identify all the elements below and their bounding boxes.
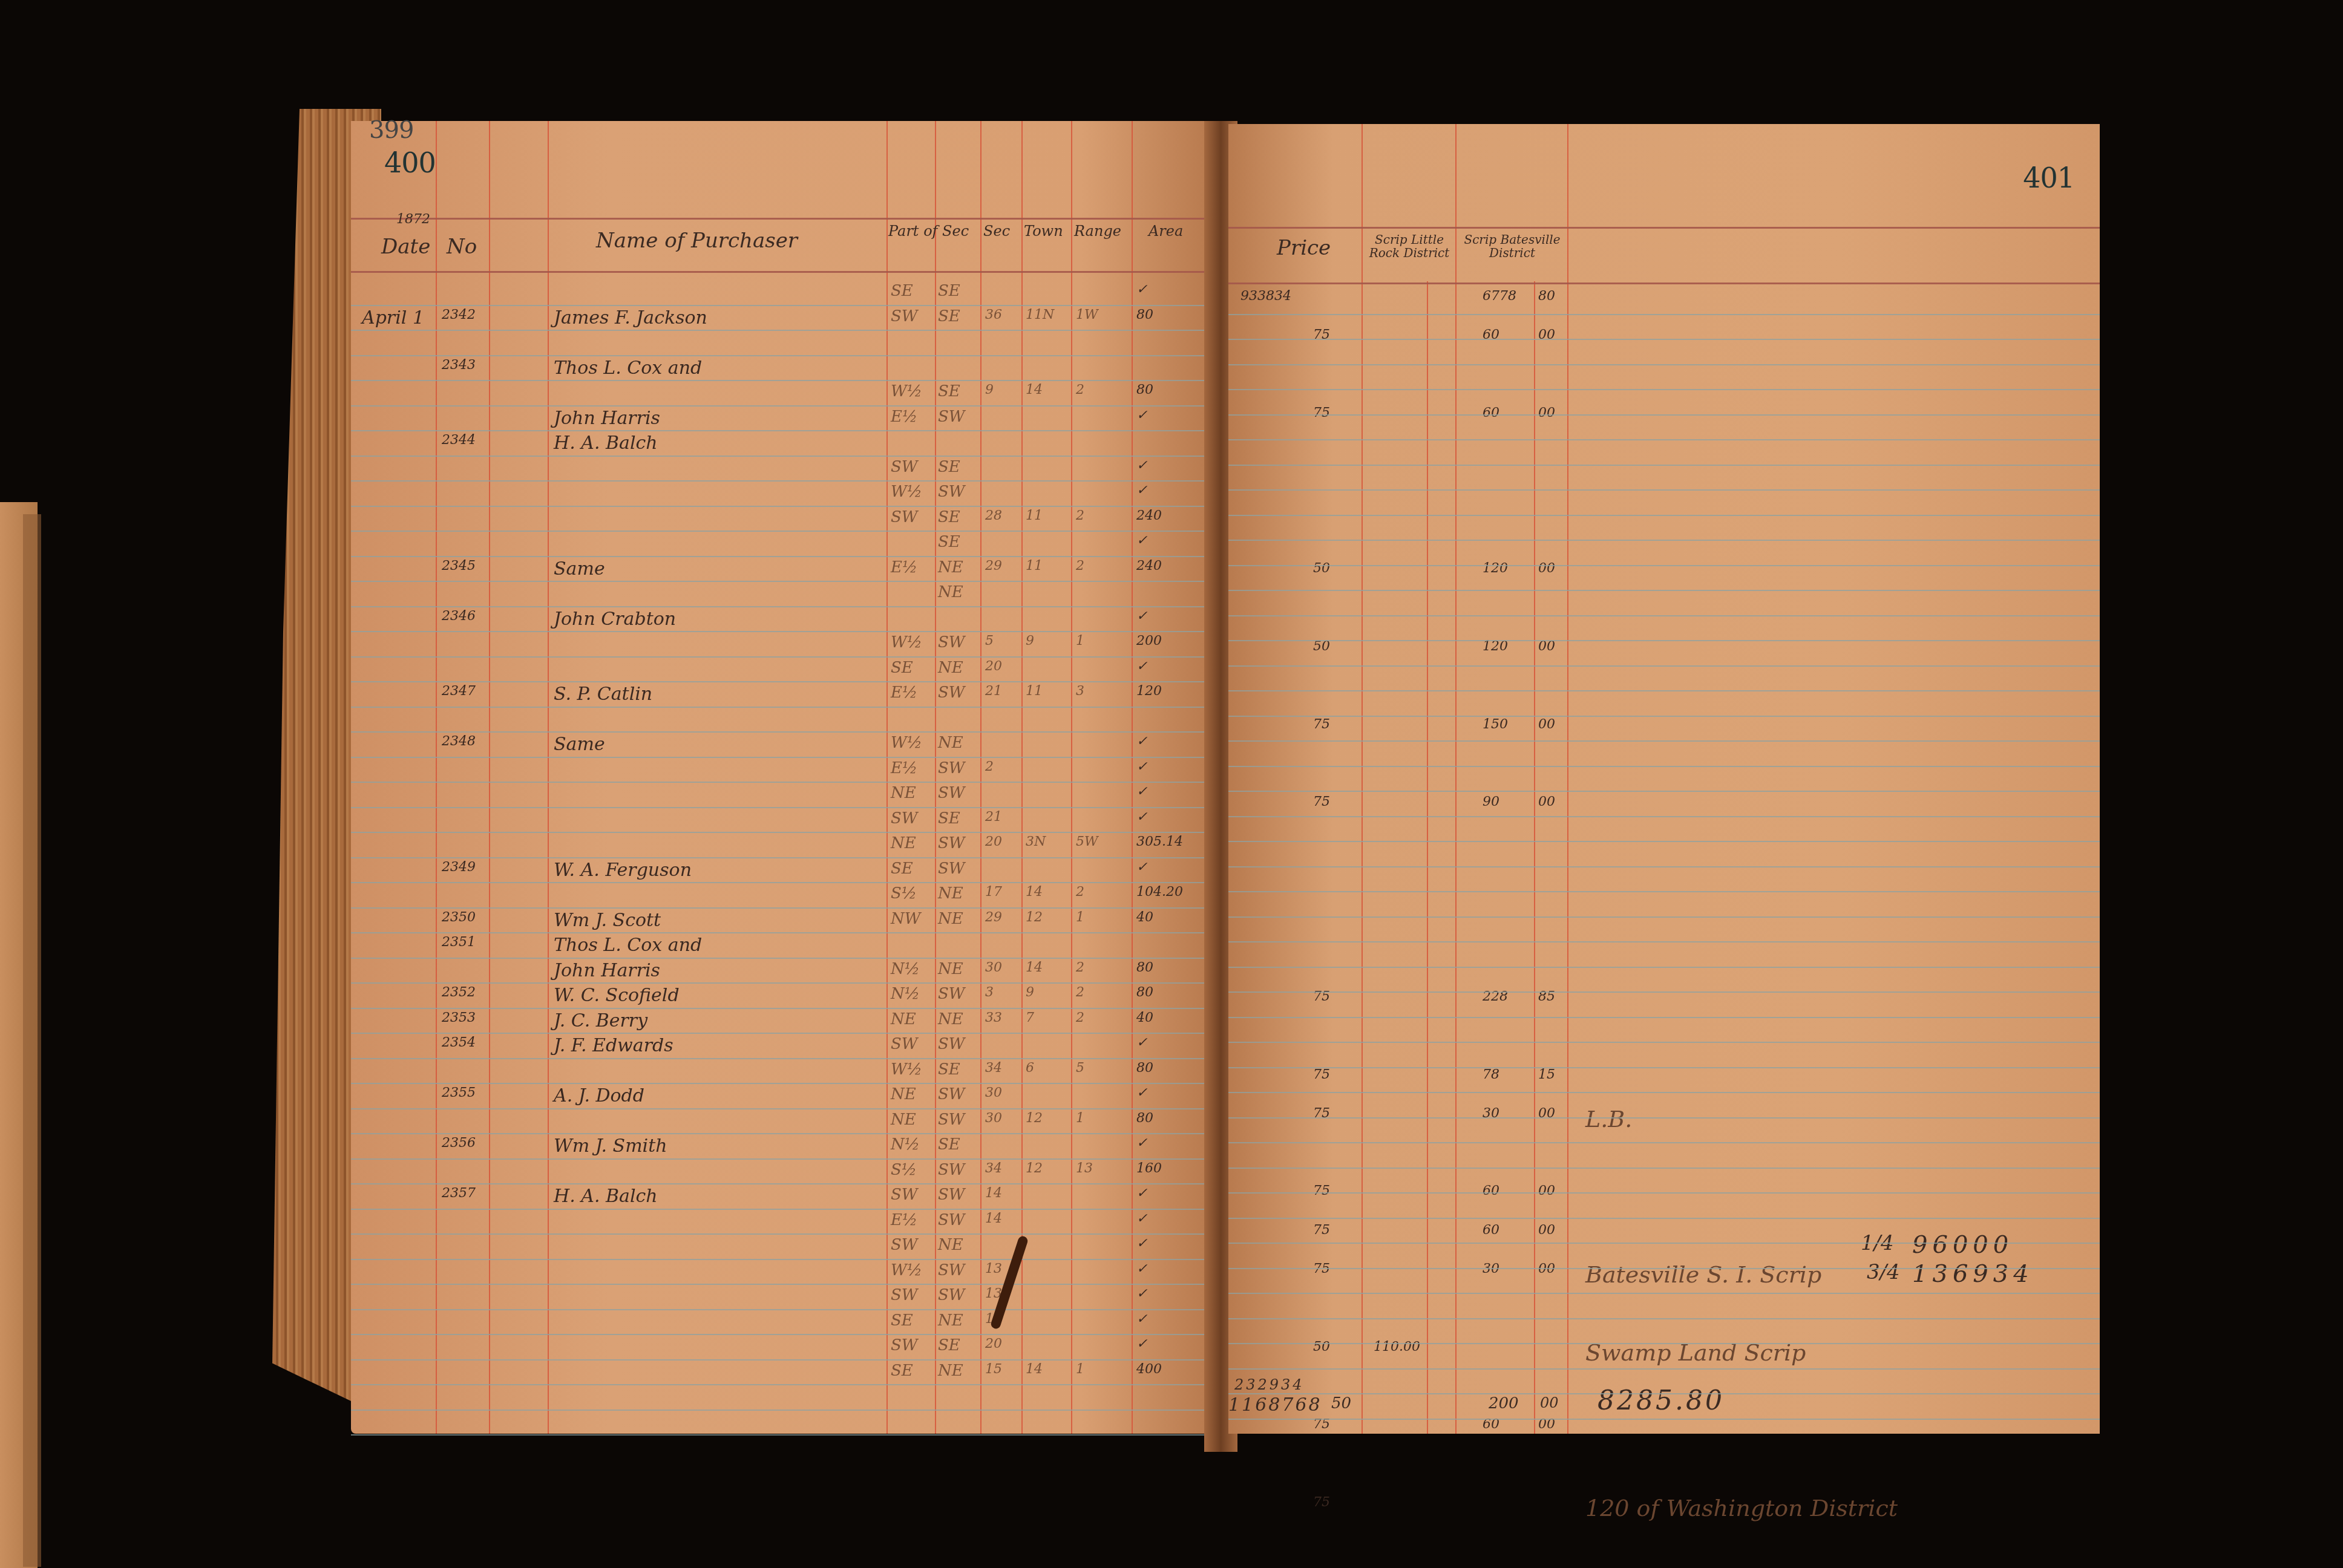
entry-no: 2342 [442, 307, 476, 322]
entry-town: 12 [1026, 1161, 1043, 1176]
entry-price: 75 [1313, 1106, 1330, 1121]
entry-name: Thos L. Cox and [554, 935, 702, 956]
side-total-label-2: 3/4 [1867, 1260, 1900, 1284]
entry-area: ✓ [1136, 1135, 1147, 1151]
header-part-of-sec: Part of Sec [888, 223, 969, 240]
blue-ruled-line [351, 782, 1210, 783]
entry-part: NE [891, 1111, 916, 1129]
blue-ruled-line [351, 1384, 1210, 1385]
entry-range: 2 [1076, 1010, 1084, 1025]
ledger-entry-row: SESE✓ [351, 282, 1210, 304]
blue-ruled-line [351, 330, 1210, 331]
entry-bat: 150 [1483, 717, 1508, 732]
blue-ruled-line [351, 581, 1210, 582]
ledger-entry-row: 2350Wm J. ScottNWNE2912140 [351, 910, 1210, 932]
entry-name: Wm J. Scott [554, 910, 661, 931]
entry-name: S. P. Catlin [554, 684, 652, 705]
entry-part: E½ [891, 1211, 917, 1229]
ledger-entry-row: SENE20✓ [351, 659, 1210, 681]
ledger-entry-row: 756000 [1228, 405, 2100, 427]
blue-ruled-line [351, 707, 1210, 708]
entry-lr: 110.00 [1374, 1339, 1420, 1354]
entry-area: ✓ [1136, 458, 1147, 473]
entry-sec: 30 [985, 1111, 1002, 1126]
entry-town: 7 [1026, 1010, 1034, 1025]
blue-ruled-line [1228, 740, 2100, 742]
blue-ruled-line [1228, 1419, 2100, 1420]
entry-part2: NE [938, 734, 963, 752]
entry-name: John Crabton [554, 609, 676, 630]
entry-bat: 6778 [1483, 289, 1516, 304]
entry-part: E½ [891, 759, 917, 777]
entry-price: 75 [1313, 1495, 1330, 1510]
entry-bat-cents: 80 [1538, 289, 1555, 304]
entry-town: 11N [1026, 307, 1054, 322]
entry-sec: 20 [985, 1336, 1002, 1351]
previous-page-number: 399 [369, 116, 413, 144]
ledger-entry-row: W½SW✓ [351, 483, 1210, 505]
blue-ruled-line [351, 1083, 1210, 1084]
blue-ruled-line [1228, 339, 2100, 340]
year-label: 1872 [396, 212, 430, 227]
blue-ruled-line [1228, 1067, 2100, 1068]
entry-part2: NE [938, 583, 963, 601]
entry-town: 6 [1026, 1060, 1034, 1076]
entry-name: Thos L. Cox and [554, 358, 702, 379]
entry-area: ✓ [1136, 1186, 1147, 1201]
entry-bat: 60 [1483, 405, 1499, 420]
entry-name: Wm J. Smith [554, 1135, 667, 1157]
entry-part: E½ [891, 408, 917, 426]
blue-ruled-line [1228, 590, 2100, 591]
entry-name: James F. Jackson [554, 307, 707, 328]
blue-ruled-line [1228, 1192, 2100, 1194]
ledger-entry-row: NESW203N5W305.14 [351, 834, 1210, 856]
entry-bat: 78 [1483, 1067, 1499, 1082]
entry-part2: SW [938, 985, 965, 1003]
batesville-total: 200 [1489, 1394, 1519, 1413]
entry-bat: 60 [1483, 1223, 1499, 1238]
blue-ruled-line [351, 531, 1210, 532]
entry-no: 2346 [442, 609, 476, 624]
entry-part2: SW [938, 1286, 965, 1304]
blue-ruled-line [1228, 991, 2100, 993]
entry-part: W½ [891, 1261, 922, 1279]
header-no: No [447, 235, 477, 259]
blue-ruled-line [1228, 866, 2100, 867]
blue-ruled-line [351, 1233, 1210, 1235]
entry-town: 12 [1026, 1111, 1043, 1126]
entry-price: 50 [1313, 1339, 1330, 1354]
entry-sec: 2 [985, 759, 994, 774]
entry-sec: 29 [985, 558, 1002, 573]
entry-price: 75 [1313, 327, 1330, 342]
entry-no: 2344 [442, 433, 476, 448]
blue-ruled-line [351, 932, 1210, 933]
header-price: Price [1277, 236, 1331, 260]
entry-area: 200 [1136, 633, 1162, 648]
entry-town: 14 [1026, 382, 1043, 397]
entry-part: E½ [891, 684, 917, 702]
blue-ruled-line [351, 1033, 1210, 1034]
entry-part: W½ [891, 734, 922, 752]
blue-ruled-line [1228, 1092, 2100, 1093]
blue-ruled-line [351, 1434, 1210, 1436]
entry-part2: SE [938, 282, 960, 300]
blue-ruled-line [1228, 967, 2100, 968]
entry-part: SW [891, 1236, 918, 1254]
entry-name: John Harris [554, 960, 660, 981]
blue-ruled-line [351, 1133, 1210, 1134]
entry-area: ✓ [1136, 609, 1147, 624]
entry-part: SE [891, 282, 913, 300]
ledger-entry-row: SE✓ [351, 533, 1210, 555]
blue-ruled-line [351, 1108, 1210, 1109]
entry-part: N½ [891, 985, 920, 1003]
entry-no: 2351 [442, 935, 476, 950]
header-area: Area [1149, 223, 1183, 240]
ledger-entry-row: W½SE346580 [351, 1060, 1210, 1082]
blue-ruled-line [351, 982, 1210, 984]
ledger-entry-row: 756000 [1228, 1183, 2100, 1205]
ledger-entry-row: 2357H. A. BalchSWSW14✓ [351, 1186, 1210, 1207]
entry-area: 40 [1136, 910, 1153, 925]
entry-sec: 36 [985, 307, 1002, 322]
entry-name: John Harris [554, 408, 660, 429]
entry-note: 120 of Washington District [1585, 1495, 1898, 1521]
blue-ruled-line [1228, 1268, 2100, 1269]
entry-town: 3N [1026, 834, 1046, 849]
blue-ruled-line [1228, 916, 2100, 918]
entry-part2: SW [938, 1161, 965, 1179]
entry-area: ✓ [1136, 809, 1147, 825]
entry-bat-cents: 00 [1538, 1261, 1555, 1276]
entry-sec: 21 [985, 809, 1002, 825]
entry-no: 2348 [442, 734, 476, 749]
ledger-entry-row: 2351Thos L. Cox and [351, 935, 1210, 956]
ledger-entry-row: SWSE28112240 [351, 508, 1210, 530]
entry-part2: SW [938, 1186, 965, 1204]
entry-bat: 60 [1483, 1183, 1499, 1198]
blue-ruled-line [1228, 1293, 2100, 1294]
entry-name: H. A. Balch [554, 433, 658, 454]
blue-ruled-line [351, 1158, 1210, 1160]
entry-name: W. A. Ferguson [554, 860, 692, 881]
ledger-entry-row: April 12342James F. JacksonSWSE3611N1W80 [351, 307, 1210, 329]
ledger-entry-row: NESW✓ [351, 784, 1210, 806]
entry-part: S½ [891, 1161, 917, 1179]
entry-name: Same [554, 734, 605, 755]
entry-part2: SW [938, 1211, 965, 1229]
entry-town: 12 [1026, 910, 1043, 925]
entry-area: 80 [1136, 382, 1153, 397]
ledger-entry-row: 2346John Crabton✓ [351, 609, 1210, 630]
ledger-entry-row: 2348SameW½NE✓ [351, 734, 1210, 756]
blue-ruled-line [351, 1359, 1210, 1361]
blue-ruled-line [351, 1284, 1210, 1285]
entry-area: 80 [1136, 985, 1153, 1000]
ledger-entry-row: E½SW2✓ [351, 759, 1210, 781]
entry-part: SW [891, 307, 918, 325]
entry-range: 1W [1076, 307, 1098, 322]
entry-price: 50 [1313, 561, 1330, 576]
entry-range: 5 [1076, 1060, 1084, 1076]
entry-price: 75 [1313, 1261, 1330, 1276]
entry-range: 2 [1076, 558, 1084, 573]
blue-ruled-line [351, 430, 1210, 431]
ledger-entry-row: W½SW591200 [351, 633, 1210, 655]
ledger-entry-row: 2354J. F. EdwardsSWSW✓ [351, 1035, 1210, 1057]
entry-sec: 33 [985, 1010, 1002, 1025]
blue-ruled-line [1228, 465, 2100, 466]
ledger-entry-row: SWNE✓ [351, 1236, 1210, 1258]
entry-part2: SW [938, 860, 965, 878]
blue-ruled-line [351, 480, 1210, 482]
entry-part2: NE [938, 1312, 963, 1330]
header-bottom-rule [1228, 283, 2100, 284]
entry-area: ✓ [1136, 659, 1147, 674]
entry-range: 3 [1076, 684, 1084, 699]
blue-ruled-line [1228, 766, 2100, 767]
blue-ruled-line [1228, 716, 2100, 717]
blue-ruled-line [351, 731, 1210, 733]
entry-sec: 9 [985, 382, 994, 397]
entry-area: 80 [1136, 960, 1153, 975]
entry-no: 2352 [442, 985, 476, 1000]
ledger-entry-row: 2343Thos L. Cox and [351, 358, 1210, 379]
entry-name: H. A. Balch [554, 1186, 658, 1207]
entry-bat-cents: 15 [1538, 1067, 1555, 1082]
entry-area: ✓ [1136, 1336, 1147, 1351]
entry-part2: SE [938, 307, 960, 325]
blue-ruled-line [1228, 816, 2100, 817]
blue-ruled-line [351, 380, 1210, 381]
blue-ruled-line [1228, 1168, 2100, 1169]
entry-area: ✓ [1136, 282, 1147, 297]
entry-name: W. C. Scofield [554, 985, 680, 1006]
entry-part: NE [891, 834, 916, 852]
entry-part2: SE [938, 458, 960, 476]
header-scrip-little-rock: Scrip Little Rock District [1365, 233, 1454, 260]
entry-part2: SW [938, 684, 965, 702]
batesville-total-cents: 00 [1540, 1394, 1559, 1411]
ledger-entry-row [1228, 911, 2100, 933]
ledger-entry-row: NE [351, 583, 1210, 605]
entry-area: 240 [1136, 558, 1162, 573]
entry-no: 2355 [442, 1085, 476, 1100]
entry-part2: SW [938, 1035, 965, 1053]
entry-part: N½ [891, 1135, 920, 1154]
ledger-entry-row: John HarrisN½NE3014280 [351, 960, 1210, 982]
entry-town: 11 [1026, 558, 1043, 573]
ledger-entry-row [1228, 1145, 2100, 1166]
entry-area: ✓ [1136, 1085, 1147, 1100]
blue-ruled-line [351, 355, 1210, 356]
entry-price: 75 [1313, 1223, 1330, 1238]
ledger-entry-row: 933834677880 [1228, 289, 2100, 310]
ledger-entry-row [1228, 444, 2100, 466]
blue-ruled-line [1228, 1343, 2100, 1344]
entry-town: 9 [1026, 633, 1034, 648]
blue-ruled-line [1228, 841, 2100, 842]
entry-part: S½ [891, 884, 917, 903]
entry-sec: 3 [985, 985, 994, 1000]
entry-bat-cents: 00 [1538, 561, 1555, 576]
blue-ruled-line [351, 305, 1210, 306]
entry-part2: SE [938, 508, 960, 526]
ledger-entry-row: SWSW13✓ [351, 1286, 1210, 1308]
ledger-entry-row [1228, 678, 2100, 699]
blue-ruled-line [1228, 1142, 2100, 1143]
entry-part2: NE [938, 884, 963, 903]
entry-part: W½ [891, 483, 922, 501]
entry-area: 160 [1136, 1161, 1162, 1176]
entry-bat-cents: 00 [1538, 327, 1555, 342]
blue-ruled-line [351, 1259, 1210, 1260]
entry-area: ✓ [1136, 1312, 1147, 1327]
entry-area: 80 [1136, 307, 1153, 322]
entry-part: W½ [891, 382, 922, 400]
entry-price: 75 [1313, 1183, 1330, 1198]
blue-ruled-line [351, 1209, 1210, 1210]
entry-part: NW [891, 910, 920, 928]
entry-sec: 21 [985, 684, 1002, 699]
entry-town: 9 [1026, 985, 1034, 1000]
entry-part: N½ [891, 960, 920, 978]
ledger-entry-row [1228, 600, 2100, 622]
blue-ruled-line [1228, 389, 2100, 390]
entry-part2: SW [938, 483, 965, 501]
blue-ruled-line [351, 882, 1210, 883]
entry-part: NE [891, 1085, 916, 1103]
entry-price: 933834 [1240, 289, 1291, 304]
price-total-cents: 50 [1331, 1394, 1351, 1413]
ledger-entry-row: W½SW13✓ [351, 1261, 1210, 1283]
entry-part2: NE [938, 659, 963, 677]
blue-ruled-line [351, 1183, 1210, 1184]
blue-ruled-line [351, 681, 1210, 682]
entry-part: SE [891, 1312, 913, 1330]
entry-price: 75 [1313, 794, 1330, 809]
entry-part2: NE [938, 1362, 963, 1380]
entry-sec: 20 [985, 659, 1002, 674]
entry-part: NE [891, 1010, 916, 1028]
entry-date: April 1 [362, 307, 424, 328]
blue-ruled-line [1228, 1368, 2100, 1370]
ledger-entry-row: 2352W. C. ScofieldN½SW39280 [351, 985, 1210, 1007]
entry-sec: 15 [985, 1362, 1002, 1377]
entry-sec: 29 [985, 910, 1002, 925]
entry-bat: 60 [1483, 327, 1499, 342]
header-range: Range [1074, 223, 1121, 240]
entry-area: 80 [1136, 1111, 1153, 1126]
header-top-rule [1228, 227, 2100, 229]
entry-part: SW [891, 1035, 918, 1053]
header-top-rule [351, 218, 1210, 220]
entry-town: 14 [1026, 960, 1043, 975]
ledger-entry-row: 2344H. A. Balch [351, 433, 1210, 454]
blue-ruled-line [351, 405, 1210, 407]
blue-ruled-line [351, 1410, 1210, 1411]
entry-sec: 5 [985, 633, 994, 648]
entry-part2: SW [938, 759, 965, 777]
ledger-entry-row: 2347S. P. CatlinE½SW21113120 [351, 684, 1210, 705]
entry-range: 2 [1076, 508, 1084, 523]
entry-area: ✓ [1136, 734, 1147, 749]
entry-part: SW [891, 508, 918, 526]
page-number-right: 401 [2023, 162, 2074, 194]
entry-part2: NE [938, 558, 963, 577]
entry-part2: SE [938, 1135, 960, 1154]
entry-area: ✓ [1136, 1211, 1147, 1226]
entry-bat: 120 [1483, 561, 1508, 576]
entry-no: 2356 [442, 1135, 476, 1151]
entry-area: ✓ [1136, 1236, 1147, 1251]
blue-ruled-line [1228, 1017, 2100, 1018]
ledger-entry-row: John HarrisE½SW✓ [351, 408, 1210, 430]
entry-part2: NE [938, 1010, 963, 1028]
entry-area: ✓ [1136, 1286, 1147, 1301]
entry-range: 2 [1076, 985, 1084, 1000]
entry-part: E½ [891, 558, 917, 577]
entry-sec: 30 [985, 1085, 1002, 1100]
entry-range: 1 [1076, 633, 1084, 648]
ledger-entry-row: 2356Wm J. SmithN½SE✓ [351, 1135, 1210, 1157]
blue-ruled-line [1228, 1218, 2100, 1219]
ledger-entry-row: SENE14✓ [351, 1312, 1210, 1333]
blue-ruled-line [1228, 489, 2100, 491]
entry-note: L.B. [1585, 1106, 1632, 1132]
entry-part: NE [891, 784, 916, 802]
entry-price: 75 [1313, 405, 1330, 420]
entry-part: SE [891, 659, 913, 677]
entry-no: 2350 [442, 910, 476, 925]
entry-sec: 13 [985, 1261, 1002, 1276]
entry-sec: 28 [985, 508, 1002, 523]
entry-range: 1 [1076, 1111, 1084, 1126]
entry-part2: SE [938, 1336, 960, 1354]
entry-part2: SW [938, 834, 965, 852]
entry-range: 2 [1076, 884, 1084, 900]
entry-sec: 20 [985, 834, 1002, 849]
entry-no: 2347 [442, 684, 476, 699]
blue-ruled-line [351, 631, 1210, 632]
blue-ruled-line [1228, 1393, 2100, 1394]
entry-sec: 34 [985, 1161, 1002, 1176]
entry-area: 120 [1136, 684, 1162, 699]
entry-area: ✓ [1136, 533, 1147, 548]
entry-part: SE [891, 860, 913, 878]
loose-page-binding-edge [23, 514, 41, 1567]
blue-ruled-line [1228, 364, 2100, 365]
entry-area: 40 [1136, 1010, 1153, 1025]
blue-ruled-line [351, 506, 1210, 507]
entry-part2: SW [938, 408, 965, 426]
blue-ruled-line [351, 1058, 1210, 1059]
entry-part2: NE [938, 1236, 963, 1254]
blue-ruled-line [351, 907, 1210, 909]
entry-part2: SW [938, 1111, 965, 1129]
ledger-entry-row [1228, 950, 2100, 972]
entry-area: 305.14 [1136, 834, 1183, 849]
header-name-of-purchaser: Name of Purchaser [596, 229, 798, 253]
ledger-entry-row: 2355A. J. DoddNESW30✓ [351, 1085, 1210, 1107]
entry-sec: 14 [985, 1211, 1002, 1226]
blue-ruled-line [351, 958, 1210, 959]
ledger-left-page: 399 400 1872 Date No Name of Purchaser P… [351, 121, 1210, 1434]
entry-sec: 17 [985, 884, 1002, 900]
entry-name: Same [554, 558, 605, 580]
